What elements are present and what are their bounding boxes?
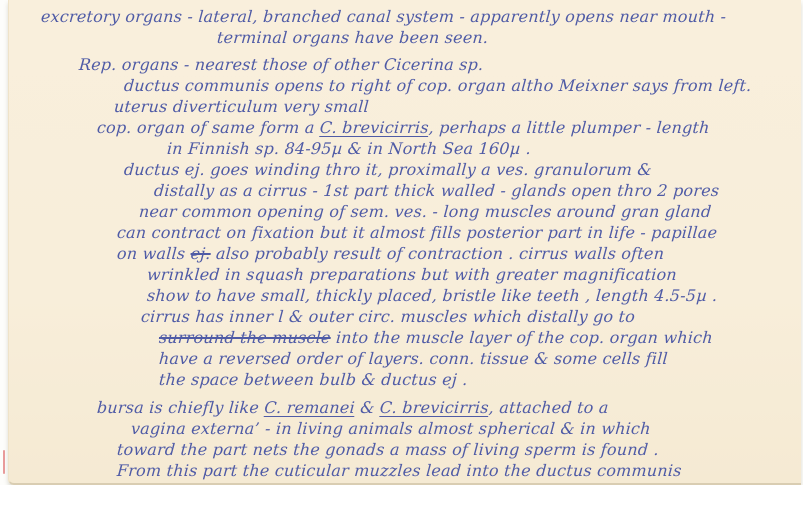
handwritten-text: cop. organ of same form a xyxy=(96,118,320,137)
handwritten-text: in Finnish sp. 84-95µ & in North Sea 160… xyxy=(166,139,531,158)
handwritten-text: wrinkled in squash preparations but with… xyxy=(146,265,677,284)
handwritten-text: on walls xyxy=(116,244,191,263)
handwritten-text: uterus diverticulum very small xyxy=(113,97,369,116)
handwritten-line: terminal organs have been seen. xyxy=(8,27,801,48)
handwritten-line: surround the muscle into the muscle laye… xyxy=(8,327,801,348)
handwritten-text: From this part the cuticular muzzles lea… xyxy=(116,461,682,480)
handwritten-line: cop. organ of same form a C. brevicirris… xyxy=(8,117,801,138)
handwritten-line: uterus diverticulum very small xyxy=(8,96,801,117)
handwritten-text: into the muscle layer of the cop. organ … xyxy=(330,328,713,347)
struckthrough-text: ej. xyxy=(190,244,211,263)
underlined-species-name: C. brevicirris xyxy=(379,398,489,417)
handwritten-text: near common opening of sem. ves. - long … xyxy=(138,202,712,221)
handwritten-text: distally as a cirrus - 1st part thick wa… xyxy=(153,181,720,200)
handwritten-text: can contract on fixation but it almost f… xyxy=(116,223,718,242)
handwritten-text: bursa is chiefly like xyxy=(96,398,265,417)
underlined-species-name: C. remanei xyxy=(264,398,356,417)
handwritten-text: the space between bulb & ductus ej . xyxy=(158,370,468,389)
handwritten-text: ductus communis opens to right of cop. o… xyxy=(123,76,752,95)
handwritten-line: From this part the cuticular muzzles lea… xyxy=(8,460,801,481)
red-edge-mark xyxy=(3,450,5,474)
handwritten-text: Rep. organs - nearest those of other Cic… xyxy=(78,55,484,74)
scan-background: excretory organs - lateral, branched can… xyxy=(0,0,803,507)
handwritten-line: bursa is chiefly like C. remanei & C. br… xyxy=(8,397,801,418)
handwritten-line: distally as a cirrus - 1st part thick wa… xyxy=(8,180,801,201)
handwritten-line: Rep. organs - nearest those of other Cic… xyxy=(8,54,801,75)
handwritten-text: have a reversed order of layers. conn. t… xyxy=(158,349,668,368)
handwritten-text: also probably result of contraction . ci… xyxy=(210,244,665,263)
handwritten-text: ductus ej. goes winding thro it, proxima… xyxy=(123,160,652,179)
handwritten-text: toward the part nets the gonads a mass o… xyxy=(116,440,659,459)
handwritten-text: vagina externa’ - in living animals almo… xyxy=(130,419,651,438)
handwritten-line: wrinkled in squash preparations but with… xyxy=(8,264,801,285)
handwritten-notes: excretory organs - lateral, branched can… xyxy=(9,6,801,481)
handwritten-line: the space between bulb & ductus ej . xyxy=(8,369,801,390)
handwritten-line: excretory organs - lateral, branched can… xyxy=(8,6,801,27)
handwritten-line: have a reversed order of layers. conn. t… xyxy=(8,348,801,369)
handwritten-line: show to have small, thickly placed, bris… xyxy=(8,285,801,306)
handwritten-text: cirrus has inner l & outer circ. muscles… xyxy=(140,307,635,326)
handwritten-line: in Finnish sp. 84-95µ & in North Sea 160… xyxy=(8,138,801,159)
underlined-species-name: C. brevicirris xyxy=(319,118,429,137)
handwritten-text: , attached to a xyxy=(488,398,609,417)
handwritten-line: near common opening of sem. ves. - long … xyxy=(8,201,801,222)
handwritten-line: vagina externa’ - in living animals almo… xyxy=(8,418,801,439)
handwritten-text: show to have small, thickly placed, bris… xyxy=(146,286,718,305)
index-card: excretory organs - lateral, branched can… xyxy=(8,0,801,485)
struckthrough-text: surround the muscle xyxy=(158,328,331,347)
handwritten-text: , perhaps a little plumper - length xyxy=(428,118,710,137)
handwritten-text: terminal organs have been seen. xyxy=(216,28,489,47)
handwritten-line: toward the part nets the gonads a mass o… xyxy=(8,439,801,460)
handwritten-line: cirrus has inner l & outer circ. muscles… xyxy=(8,306,801,327)
handwritten-text: excretory organs - lateral, branched can… xyxy=(40,7,727,26)
handwritten-line: ductus communis opens to right of cop. o… xyxy=(8,75,801,96)
handwritten-line: ductus ej. goes winding thro it, proxima… xyxy=(8,159,801,180)
handwritten-line: can contract on fixation but it almost f… xyxy=(8,222,801,243)
handwritten-text: & xyxy=(354,398,380,417)
scan-bottom-margin xyxy=(0,485,803,507)
handwritten-line: on walls ej. also probably result of con… xyxy=(8,243,801,264)
